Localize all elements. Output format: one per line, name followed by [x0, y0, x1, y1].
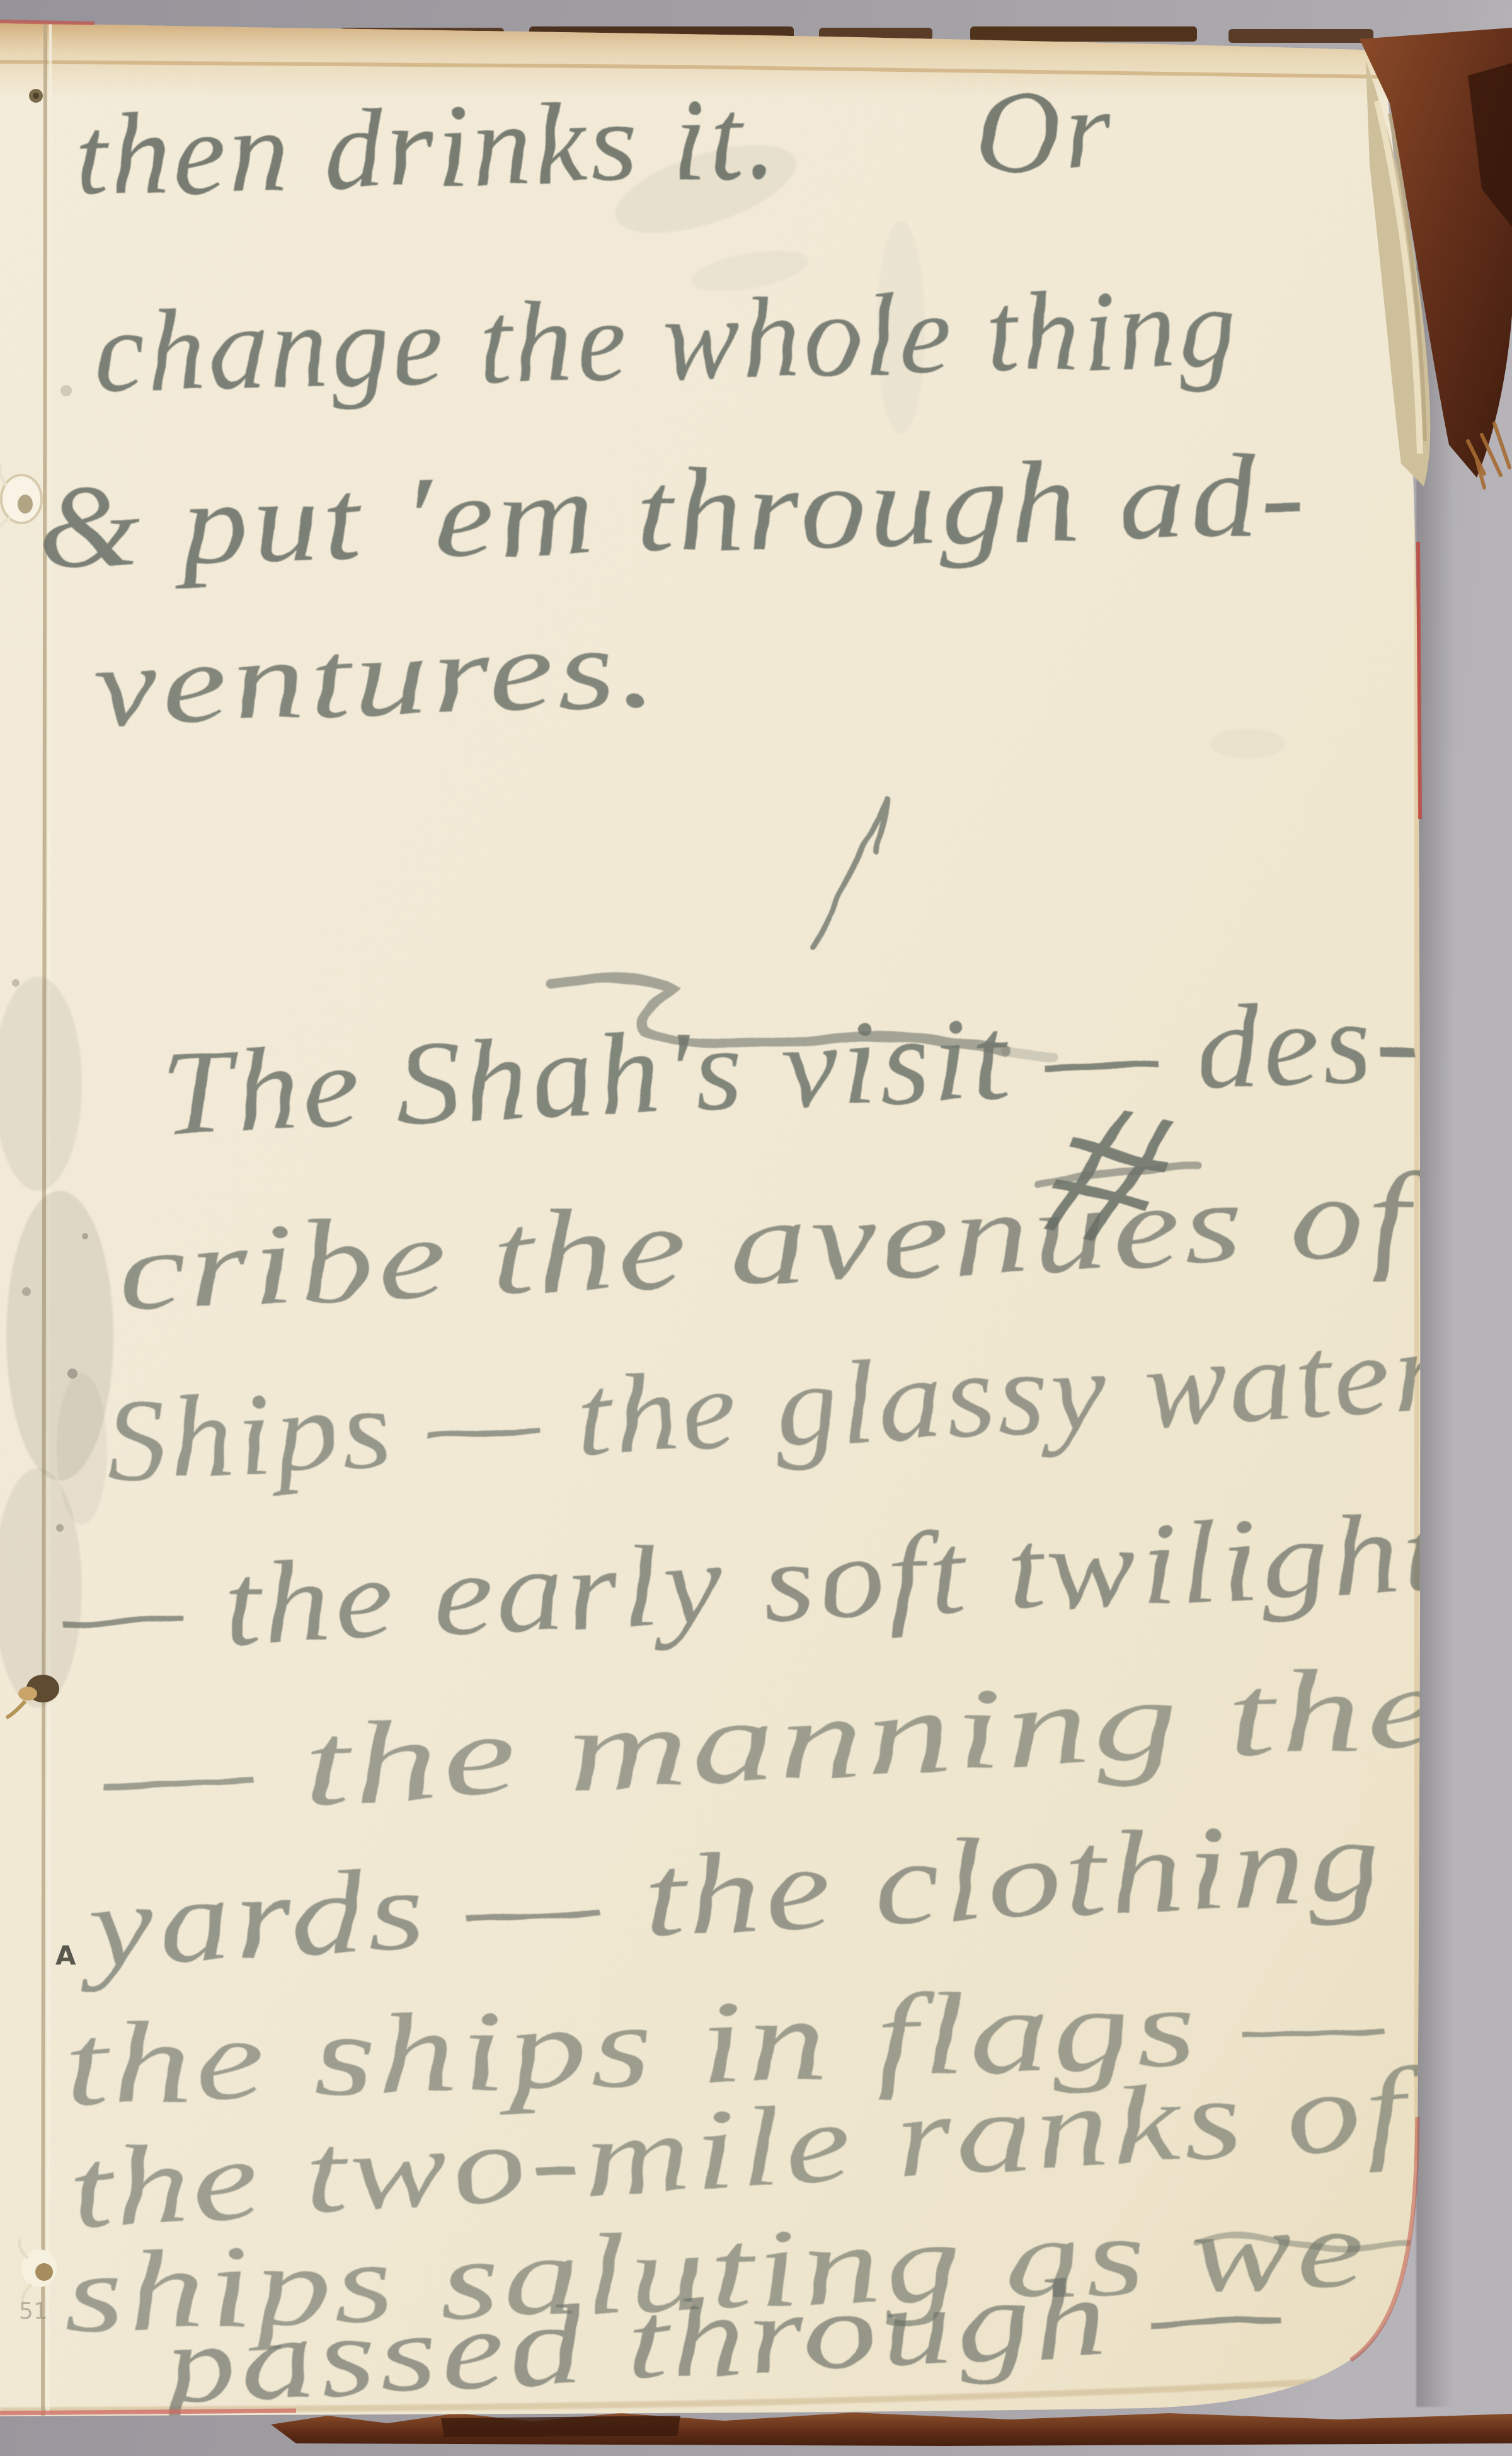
page-edge-red-bottom	[0, 2411, 296, 2413]
handwritten-line: change the whole thing	[93, 263, 1242, 416]
stitch-hole-small	[29, 89, 43, 103]
page-edge-red-topleft	[0, 21, 94, 23]
notebook-photo: then drinks it. Or change the whole thin…	[0, 0, 1512, 2456]
page-edge-red-right	[1418, 542, 1420, 819]
handwritten-line: ventures.	[91, 604, 661, 749]
margin-mark-numbers: 51	[19, 2298, 48, 2324]
margin-mark-letter: A	[55, 1940, 76, 1971]
leather-cover-bottom-dark-patch	[441, 2416, 680, 2437]
handwritten-line: then drinks it. Or	[73, 65, 1116, 221]
